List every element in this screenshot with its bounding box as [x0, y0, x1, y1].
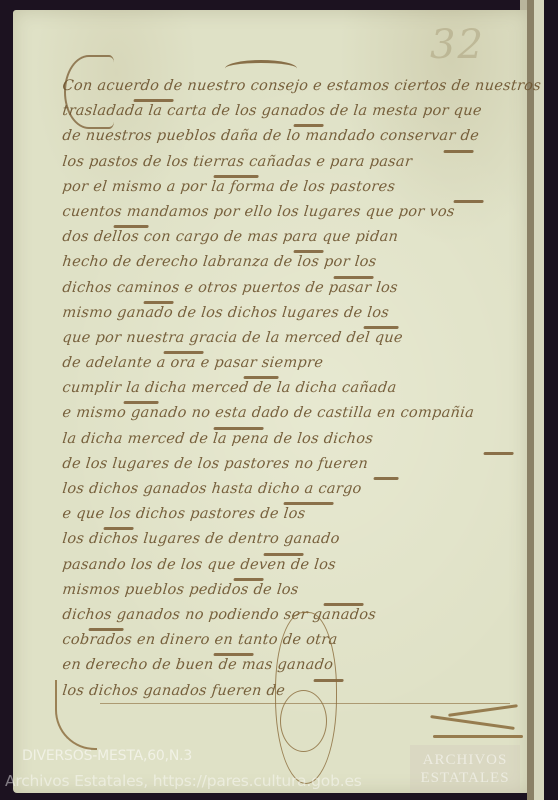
- binding-edge: [544, 0, 558, 800]
- manuscript-line: los pastos de los tierras cañadas e para…: [61, 154, 534, 179]
- manuscript-line: de los lugares de los pastores no fueren: [61, 456, 534, 481]
- manuscript-line: e mismo ganado no esta dado de castilla …: [61, 405, 534, 430]
- signature-rubric-right: [428, 705, 523, 745]
- manuscript-line: hecho de derecho labranza de los por los: [61, 254, 534, 279]
- manuscript-line: la dicha merced de la pena de los dichos: [61, 431, 534, 456]
- signature-rubric-center-loop: [280, 690, 327, 752]
- rubric-stroke: [430, 715, 515, 730]
- logo-line-2: ESTATALES: [410, 769, 520, 787]
- archive-logo-watermark: ARCHIVOS ESTATALES: [410, 745, 520, 793]
- manuscript-line: dichos caminos e otros puertos de pasar …: [61, 280, 534, 305]
- reference-code-watermark: DIVERSOS-MESTA,60,N.3: [22, 748, 192, 764]
- ink-flourish: [225, 60, 297, 77]
- manuscript-line: de adelante a ora e pasar siempre: [61, 355, 534, 380]
- manuscript-line: Con acuerdo de nuestro consejo e estamos…: [61, 78, 534, 103]
- manuscript-line: pasando los de los que deven de los: [61, 557, 534, 582]
- source-watermark: Archivos Estatales, https://pares.cultur…: [5, 772, 362, 790]
- manuscript-line: que por nuestra gracia de la merced del …: [61, 330, 534, 355]
- manuscript-line: mismos pueblos pedidos de los: [61, 582, 534, 607]
- folio-number: 32: [430, 22, 510, 77]
- document-viewer: 32 Con acuerdo de nuestro consejo e esta…: [0, 0, 558, 800]
- logo-line-1: ARCHIVOS: [410, 751, 520, 769]
- manuscript-line: mismo ganado de los dichos lugares de lo…: [61, 305, 534, 330]
- rubric-stroke: [448, 704, 518, 717]
- binding-strip: [534, 0, 544, 800]
- rubric-stroke: [433, 735, 523, 738]
